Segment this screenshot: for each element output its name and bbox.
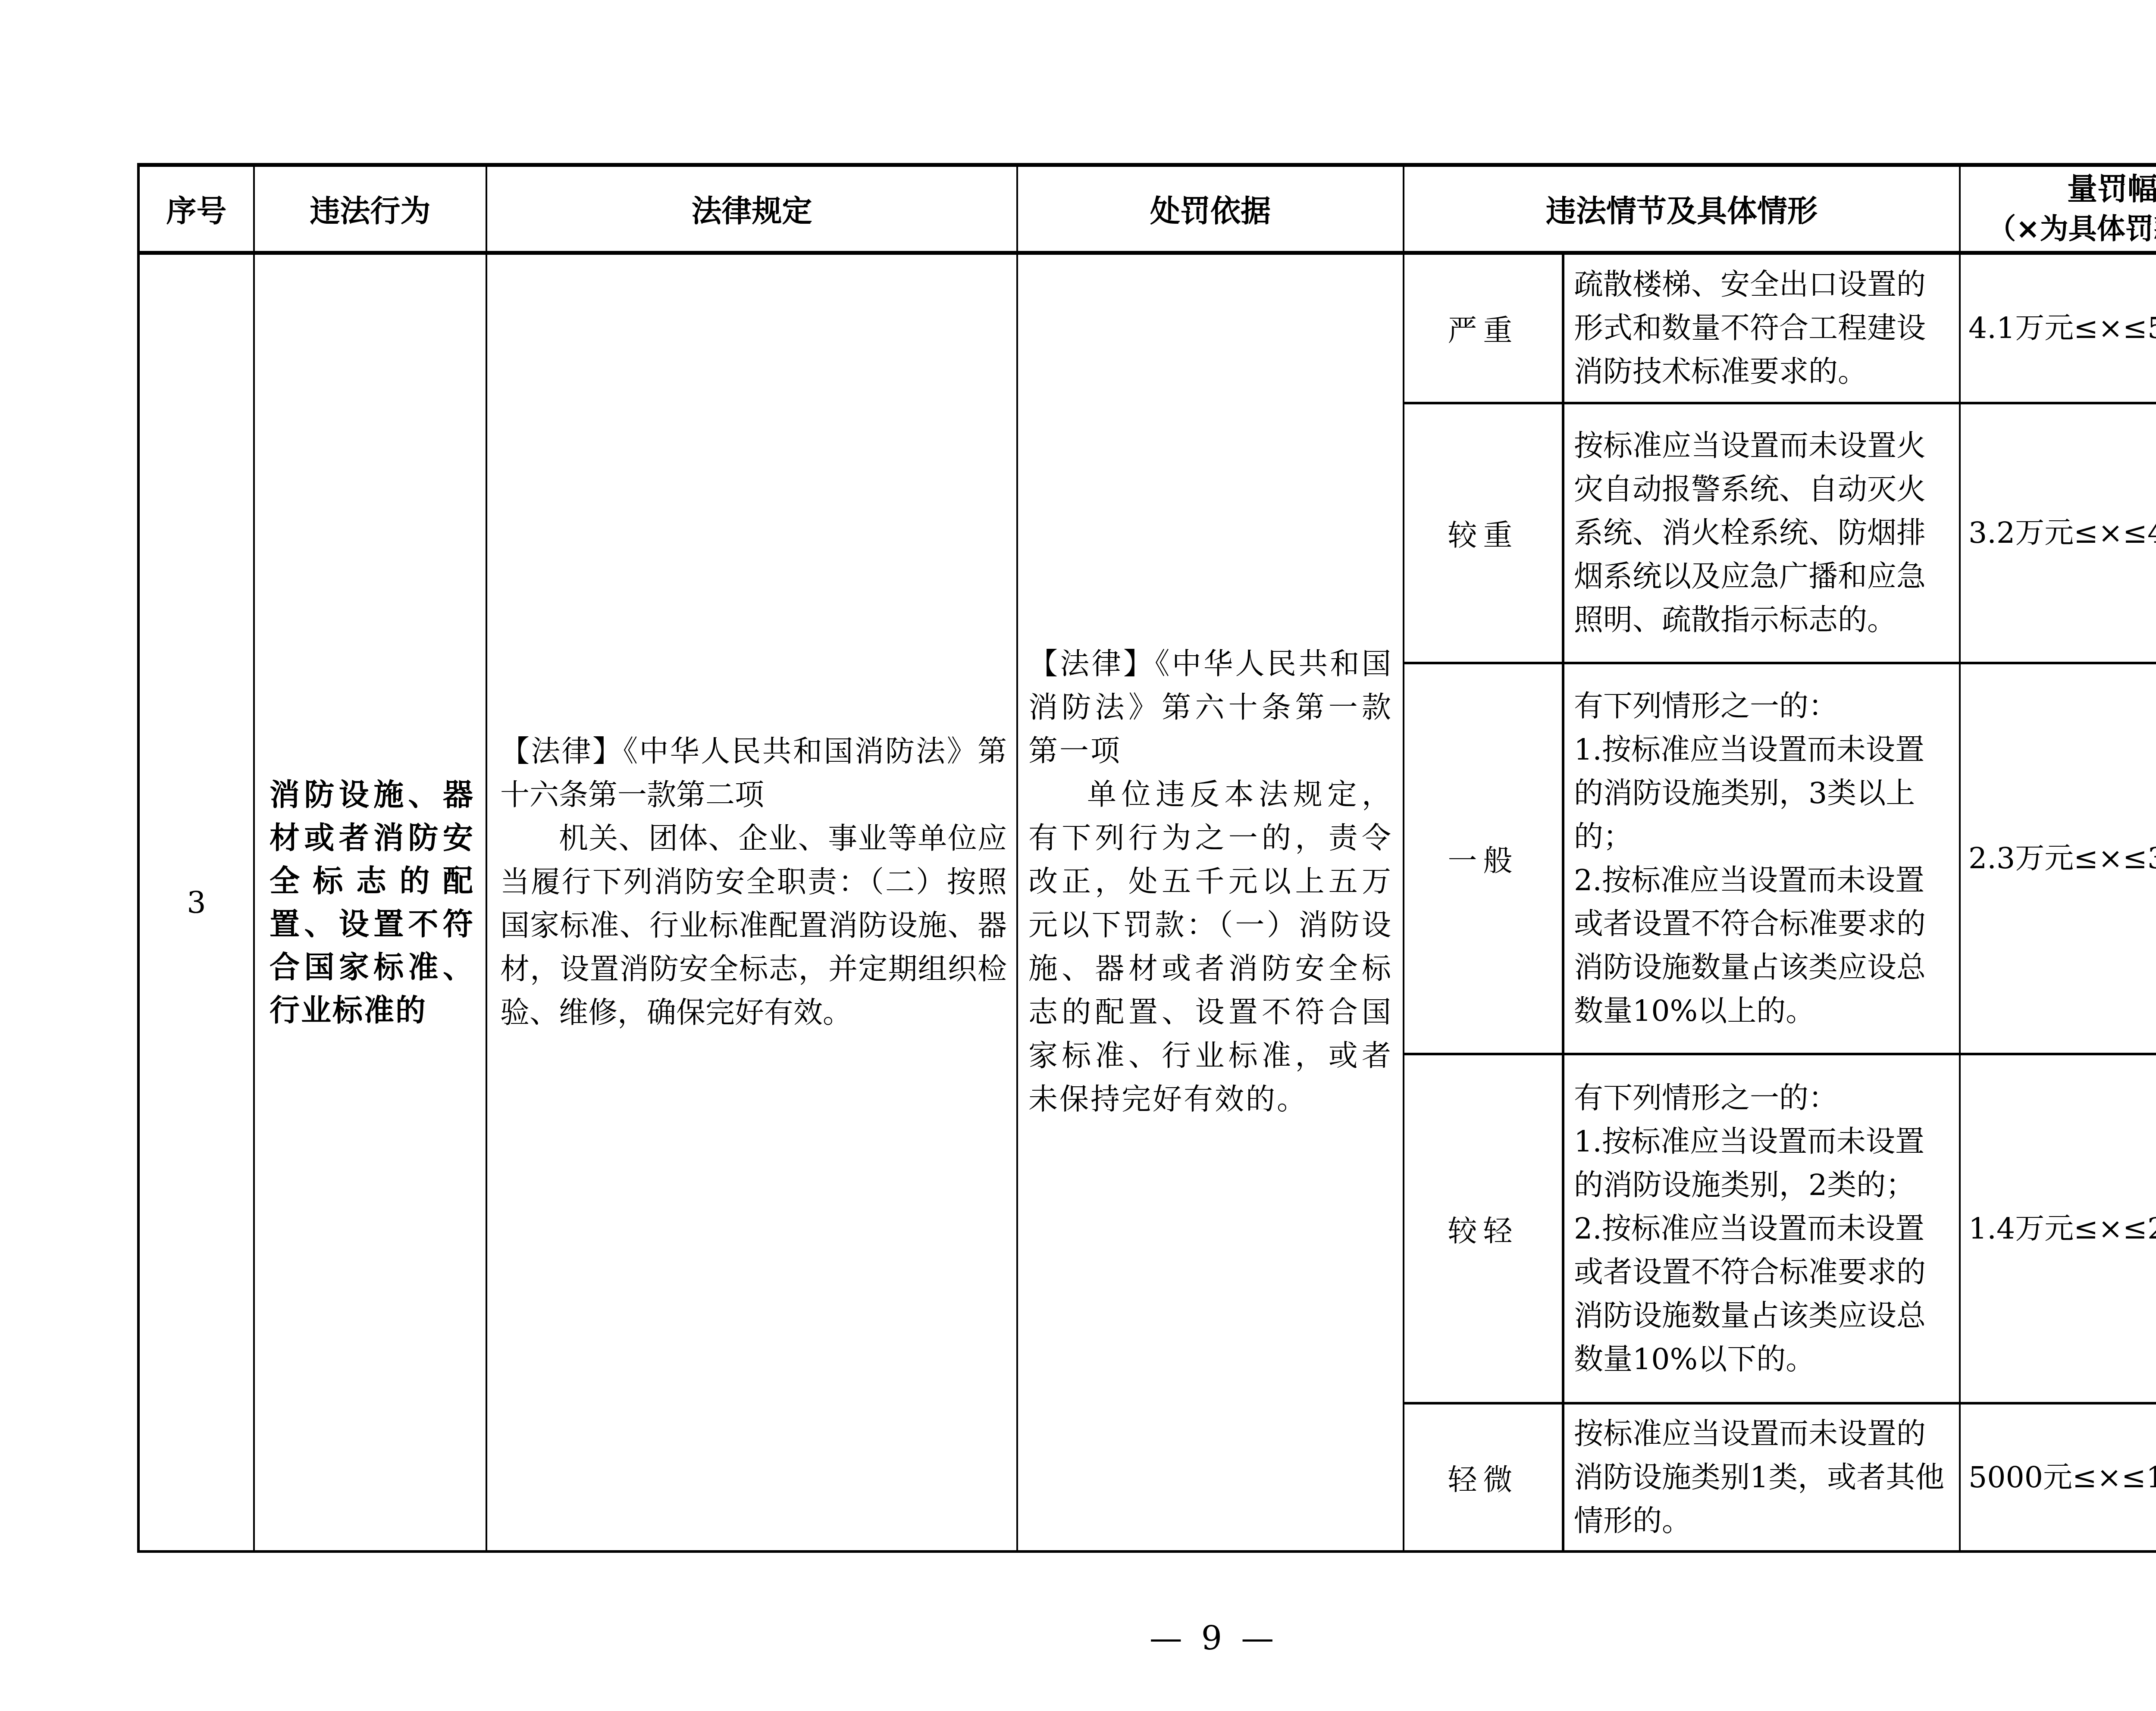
level-label-text: 较轻 [1448, 1208, 1518, 1250]
level-general-label: 一般 [1404, 664, 1562, 1053]
page-number: — 9 — [1035, 1619, 1393, 1657]
level-detail-text: 按标准应当设置而未设置火灾自动报警系统、自动灭火系统、消火栓系统、防烟排烟系统以… [1574, 424, 1953, 642]
header-law: 法律规定 [487, 167, 1016, 251]
level-range-text: 4.1万元≤×≤5万元 [1968, 307, 2156, 350]
level-label-text: 较重 [1448, 512, 1518, 554]
level-serious-detail: 按标准应当设置而未设置火灾自动报警系统、自动灭火系统、消火栓系统、防烟排烟系统以… [1574, 404, 1953, 662]
table-top-border [137, 163, 2156, 167]
row-basis: 【法律】《中华人民共和国消防法》第六十条第一款第一项 单位违反本法规定，有下列行… [1028, 642, 1393, 1121]
row-law-title: 【法律】《中华人民共和国消防法》第十六条第一款第二项 [500, 730, 1007, 817]
header-basis: 处罚依据 [1018, 167, 1403, 251]
level-detail-item-1: 1.按标准应当设置而未设置的消防设施类别，3类以上的； [1574, 728, 1953, 859]
header-circumstance-label: 违法情节及具体情形 [1546, 187, 1818, 231]
row-behavior-text: 消防设施、器材或者消防安全标志的配置、设置不符合国家标准、行业标准的 [269, 773, 474, 1032]
level-slight-label: 轻微 [1404, 1404, 1562, 1550]
level-general-detail: 有下列情形之一的： 1.按标准应当设置而未设置的消防设施类别，3类以上的； 2.… [1574, 664, 1953, 1053]
header-circumstance: 违法情节及具体情形 [1404, 167, 1959, 251]
header-law-label: 法律规定 [692, 187, 812, 231]
row-seq: 3 [140, 255, 253, 1550]
level-detail-text: 疏散楼梯、安全出口设置的形式和数量不符合工程建设消防技术标准要求的。 [1574, 263, 1953, 394]
row-basis-text: 单位违反本法规定，有下列行为之一的，责令改正，处五千元以上五万元以下罚款：（一）… [1028, 773, 1393, 1121]
header-range-line1: 量罚幅度 [2067, 169, 2156, 209]
table-bottom-border [137, 1550, 2156, 1553]
level-range-text: 3.2万元≤×≤4.1万元 [1968, 511, 2156, 555]
level-label-text: 轻微 [1448, 1457, 1518, 1498]
level-minor-detail: 有下列情形之一的： 1.按标准应当设置而未设置的消防设施类别，2类的； 2.按标… [1574, 1055, 1953, 1402]
level-minor-range: 1.4万元≤×≤2.3万元 [1968, 1055, 2156, 1402]
level-minor-label: 较轻 [1404, 1055, 1562, 1402]
level-range-text: 2.3万元≤×≤3.2万元 [1968, 837, 2156, 880]
level-label-text: 严重 [1448, 307, 1518, 349]
level-serious-range: 3.2万元≤×≤4.1万元 [1968, 404, 2156, 662]
col-border-2 [486, 163, 487, 1553]
row-law: 【法律】《中华人民共和国消防法》第十六条第一款第二项 机关、团体、企业、事业等单… [500, 730, 1007, 1035]
level-detail-intro: 有下列情形之一的： [1574, 1076, 1838, 1120]
row-seq-value: 3 [187, 885, 206, 920]
header-bottom-border [137, 251, 2156, 255]
header-seq: 序号 [140, 167, 253, 251]
header-behavior: 违法行为 [255, 167, 486, 251]
level-severe-range: 4.1万元≤×≤5万元 [1968, 255, 2156, 402]
level-detail-intro: 有下列情形之一的： [1574, 685, 1838, 728]
level-serious-label: 较重 [1404, 404, 1562, 662]
header-range: 量罚幅度 （×为具体罚款金额） [1961, 167, 2156, 251]
level-detail-text: 按标准应当设置而未设置的消防设施类别1类，或者其他情形的。 [1574, 1412, 1953, 1543]
header-seq-label: 序号 [166, 187, 227, 231]
row-law-text: 机关、团体、企业、事业等单位应当履行下列消防安全职责：（二）按照国家标准、行业标… [500, 817, 1007, 1035]
level-detail-item-2: 2.按标准应当设置而未设置或者设置不符合标准要求的消防设施数量占该类应设总数量1… [1574, 859, 1953, 1033]
level-general-range: 2.3万元≤×≤3.2万元 [1968, 664, 2156, 1053]
level-range-text: 1.4万元≤×≤2.3万元 [1968, 1207, 2156, 1251]
header-range-line2: （×为具体罚款金额） [1987, 209, 2156, 249]
col-border-3 [1016, 163, 1018, 1553]
col-border-5 [1562, 253, 1564, 1553]
level-slight-detail: 按标准应当设置而未设置的消防设施类别1类，或者其他情形的。 [1574, 1404, 1953, 1550]
level-label-text: 一般 [1448, 838, 1518, 879]
level-detail-item-2: 2.按标准应当设置而未设置或者设置不符合标准要求的消防设施数量占该类应设总数量1… [1574, 1207, 1953, 1381]
col-border-6 [1959, 163, 1961, 1553]
row-behavior: 消防设施、器材或者消防安全标志的配置、设置不符合国家标准、行业标准的 [269, 255, 474, 1550]
header-behavior-label: 违法行为 [310, 187, 431, 231]
level-detail-item-1: 1.按标准应当设置而未设置的消防设施类别，2类的； [1574, 1120, 1953, 1207]
level-severe-detail: 疏散楼梯、安全出口设置的形式和数量不符合工程建设消防技术标准要求的。 [1574, 255, 1953, 402]
level-severe-label: 严重 [1404, 255, 1562, 402]
col-border-1 [253, 163, 255, 1553]
row-basis-title: 【法律】《中华人民共和国消防法》第六十条第一款第一项 [1028, 642, 1393, 773]
level-range-text: 5000元≤×≤1.4万元 [1968, 1456, 2156, 1499]
level-slight-range: 5000元≤×≤1.4万元 [1968, 1404, 2156, 1550]
header-basis-label: 处罚依据 [1150, 187, 1271, 231]
page-number-text: — 9 — [1150, 1619, 1279, 1657]
